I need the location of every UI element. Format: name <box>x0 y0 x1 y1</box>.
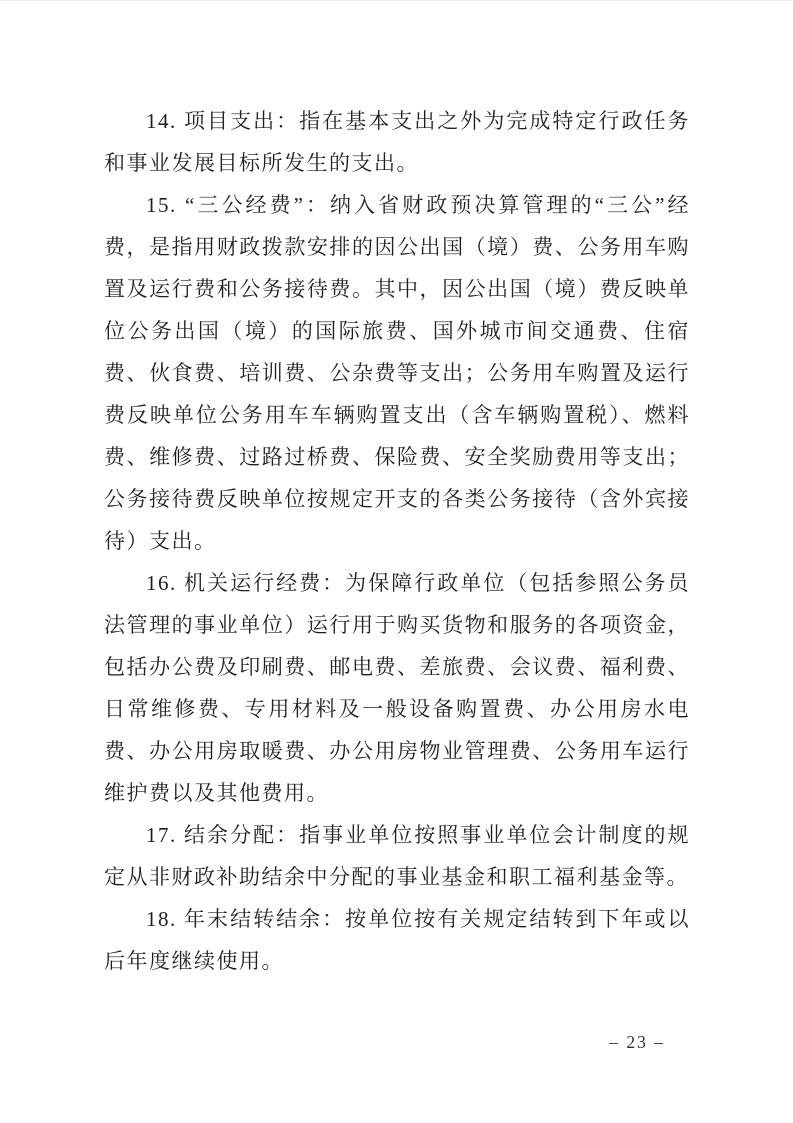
paragraph-item-17: 17. 结余分配：指事业单位按照事业单位会计制度的规定从非财政补助结余中分配的事… <box>104 814 690 898</box>
paragraph-item-15: 15. “三公经费”：纳入省财政预决算管理的“三公”经费，是指用财政拨款安排的因… <box>104 184 690 562</box>
document-page: 14. 项目支出：指在基本支出之外为完成特定行政任务和事业发展目标所发生的支出。… <box>0 0 793 1123</box>
paragraph-item-16: 16. 机关运行经费：为保障行政单位（包括参照公务员法管理的事业单位）运行用于购… <box>104 562 690 814</box>
paragraph-item-18: 18. 年末结转结余：按单位按有关规定结转到下年或以后年度继续使用。 <box>104 898 690 982</box>
document-body: 14. 项目支出：指在基本支出之外为完成特定行政任务和事业发展目标所发生的支出。… <box>104 100 690 982</box>
page-number: – 23 – <box>609 1032 665 1053</box>
paragraph-item-14: 14. 项目支出：指在基本支出之外为完成特定行政任务和事业发展目标所发生的支出。 <box>104 100 690 184</box>
